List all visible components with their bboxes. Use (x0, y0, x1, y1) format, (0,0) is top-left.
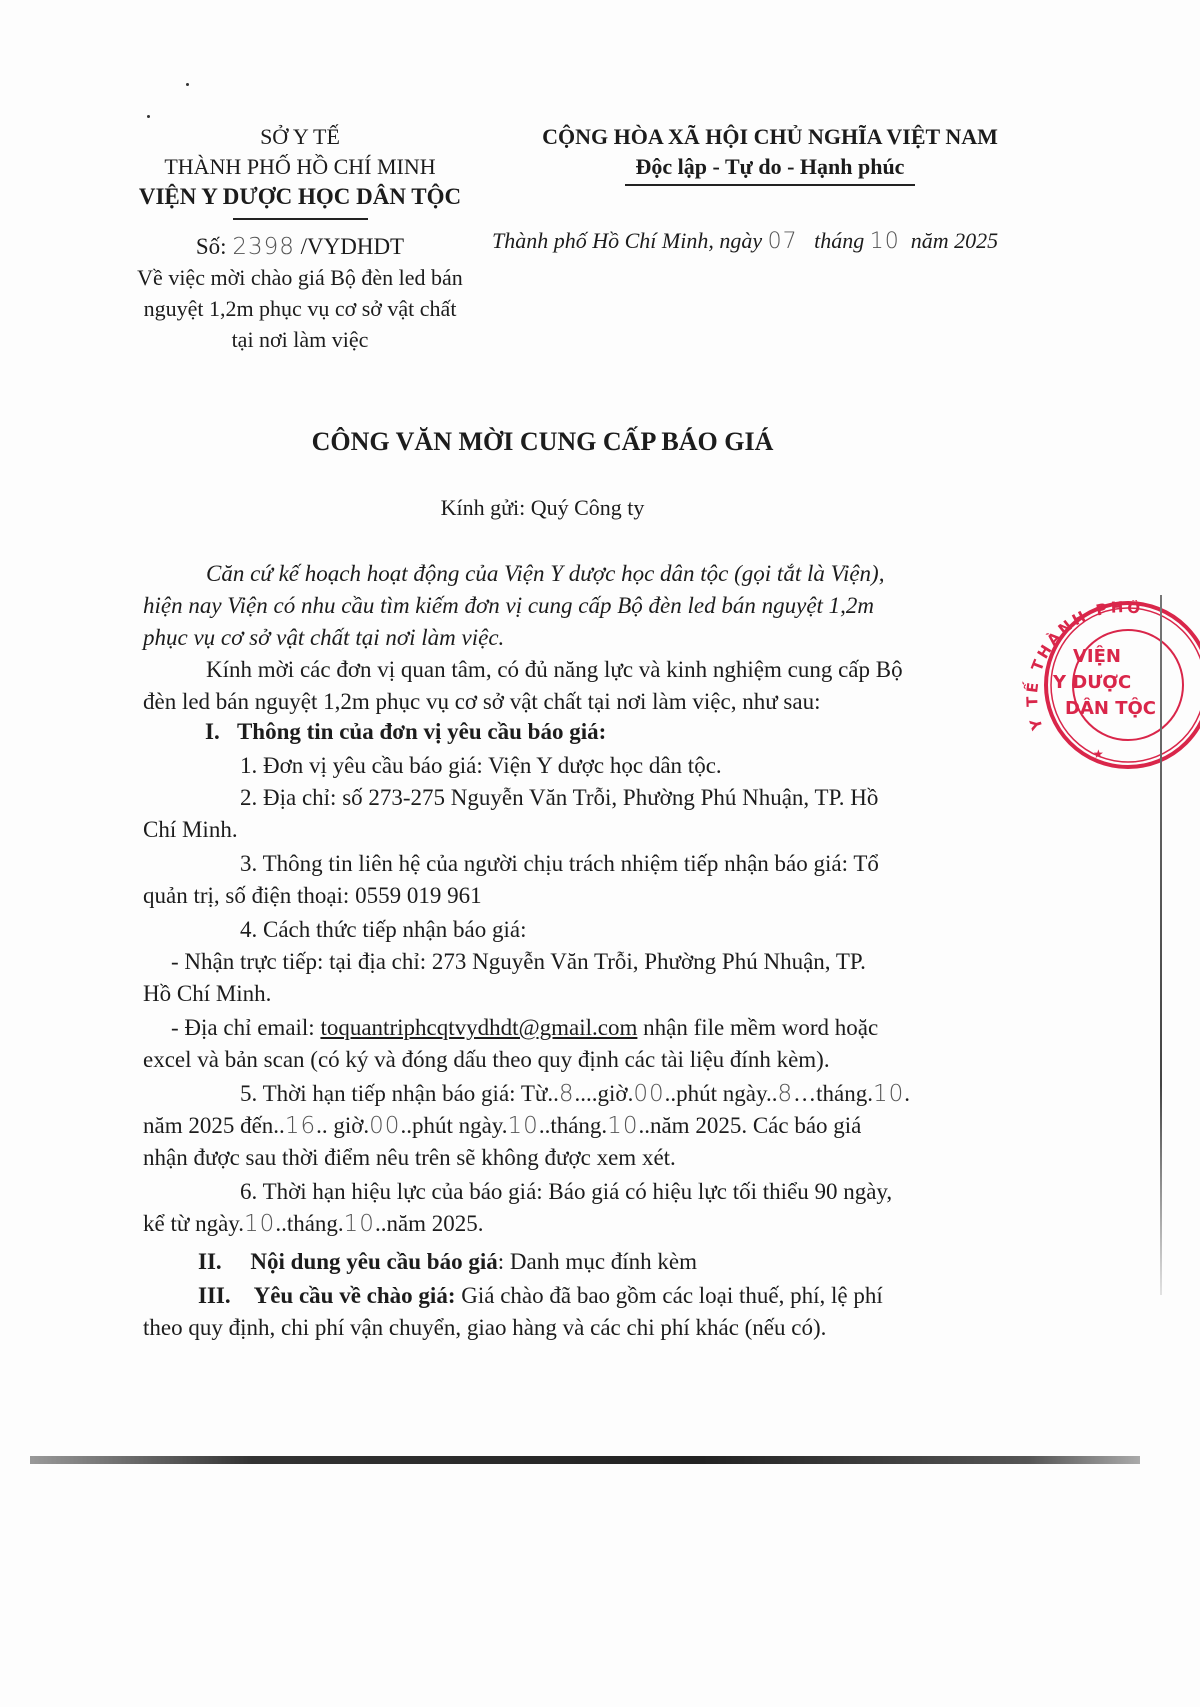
country-name: CỘNG HÒA XÃ HỘI CHỦ NGHĨA VIỆT NAM (490, 122, 1050, 152)
motto-divider (625, 184, 915, 186)
section-1-item-3: 3. Thông tin liên hệ của người chịu trác… (240, 848, 879, 879)
bullet-email: - Địa chỉ email: toquantriphcqtvydhdt@gm… (171, 1012, 878, 1043)
scan-speck (186, 83, 189, 86)
issuer-city: THÀNH PHỐ HỒ CHÍ MINH (100, 152, 500, 182)
from-day-handwritten: 8 (777, 1081, 793, 1107)
national-motto-block: CỘNG HÒA XÃ HỘI CHỦ NGHĨA VIỆT NAM Độc l… (490, 122, 1050, 186)
stamp-line-2: Y DƯỢC (1052, 672, 1131, 693)
section-3: III. Yêu cầu về chào giá: Giá chào đã ba… (198, 1280, 883, 1311)
section-1-item-5-cont: năm 2025 đến..16.. giờ.00..phút ngày.10.… (143, 1110, 861, 1142)
email-link[interactable]: toquantriphcqtvydhdt@gmail.com (320, 1015, 637, 1040)
section-1-item-6-cont: kể từ ngày.10..tháng.10..năm 2025. (143, 1208, 484, 1240)
section-1-item-4: 4. Cách thức tiếp nhận báo giá: (240, 914, 526, 945)
section-1-item-1: 1. Đơn vị yêu cầu báo giá: Viện Y dược h… (240, 750, 722, 781)
bullet-email-cont: excel và bản scan (có ký và đóng dấu the… (143, 1044, 830, 1075)
stamp-line-3: DÂN TỘC (1065, 697, 1156, 719)
section-1-item-6: 6. Thời hạn hiệu lực của báo giá: Báo gi… (240, 1176, 892, 1207)
invite-line-1: Kính mời các đơn vị quan tâm, có đủ năng… (206, 654, 903, 685)
scan-bottom-edge (30, 1456, 1140, 1464)
to-hour-handwritten: 16 (285, 1113, 316, 1139)
scan-margin-line (1160, 595, 1162, 1295)
intro-line-3: phục vụ cơ sở vật chất tại nơi làm việc. (143, 622, 504, 653)
document-date: Thành phố Hồ Chí Minh, ngày 07 tháng 10 … (492, 228, 998, 254)
national-motto: Độc lập - Tự do - Hạnh phúc (490, 152, 1050, 182)
from-minute-handwritten: 00 (633, 1081, 664, 1107)
document-page: SỞ Y TẾ THÀNH PHỐ HỒ CHÍ MINH VIỆN Y DƯỢ… (0, 0, 1200, 1707)
date-day-handwritten: 07 (768, 229, 798, 254)
intro-line-1: Căn cứ kế hoạch hoạt động của Viện Y dượ… (206, 558, 884, 589)
validity-month-handwritten: 10 (344, 1211, 375, 1237)
stamp-line-1: VIỆN (1073, 645, 1121, 667)
document-number: Số: 2398 /VYDHDT (100, 234, 500, 260)
invite-line-2: đèn led bán nguyệt 1,2m phục vụ cơ sở vậ… (143, 686, 820, 717)
stamp-star-icon: ★ (1093, 747, 1104, 761)
issuer-ministry: SỞ Y TẾ (100, 122, 500, 152)
to-month-handwritten: 10 (607, 1113, 638, 1139)
validity-day-handwritten: 10 (244, 1211, 275, 1237)
to-minute-handwritten: 00 (369, 1113, 400, 1139)
section-1-heading: I. Thông tin của đơn vị yêu cầu báo giá: (205, 716, 606, 747)
issuer-institute: VIỆN Y DƯỢC HỌC DÂN TỘC (100, 182, 500, 212)
issuer-block: SỞ Y TẾ THÀNH PHỐ HỒ CHÍ MINH VIỆN Y DƯỢ… (100, 122, 500, 355)
salutation: Kính gửi: Quý Công ty (0, 495, 1085, 521)
document-title: CÔNG VĂN MỜI CUNG CẤP BÁO GIÁ (0, 427, 1085, 457)
bullet-in-person-cont: Hồ Chí Minh. (143, 978, 271, 1009)
document-number-handwritten: 2398 (232, 234, 295, 260)
section-1-item-5-note: nhận được sau thời điểm nêu trên sẽ khôn… (143, 1142, 676, 1173)
section-1-item-3-cont: quản trị, số điện thoại: 0559 019 961 (143, 880, 482, 911)
section-2: II. Nội dung yêu cầu báo giá: Danh mục đ… (198, 1246, 697, 1277)
issuer-divider (233, 218, 368, 220)
date-month-handwritten: 10 (870, 229, 900, 254)
from-month-handwritten: 10 (873, 1081, 904, 1107)
section-1-item-2: 2. Địa chỉ: số 273-275 Nguyễn Văn Trỗi, … (240, 782, 878, 813)
from-hour-handwritten: 8 (559, 1081, 575, 1107)
document-subject: Về việc mời chào giá Bộ đèn led bán nguy… (100, 262, 500, 355)
official-stamp: Y TẾ THÀNH PHỐ VIỆN Y DƯỢC DÂN TỘC ★ (1003, 600, 1200, 775)
section-1-item-2-cont: Chí Minh. (143, 814, 238, 845)
intro-line-2: hiện nay Viện có nhu cầu tìm kiếm đơn vị… (143, 590, 874, 621)
scan-speck (147, 115, 150, 118)
section-3-cont: theo quy định, chi phí vận chuyển, giao … (143, 1312, 826, 1343)
bullet-in-person: - Nhận trực tiếp: tại địa chỉ: 273 Nguyễ… (171, 946, 866, 977)
section-1-item-5: 5. Thời hạn tiếp nhận báo giá: Từ..8....… (240, 1078, 910, 1110)
to-day-handwritten: 10 (508, 1113, 539, 1139)
